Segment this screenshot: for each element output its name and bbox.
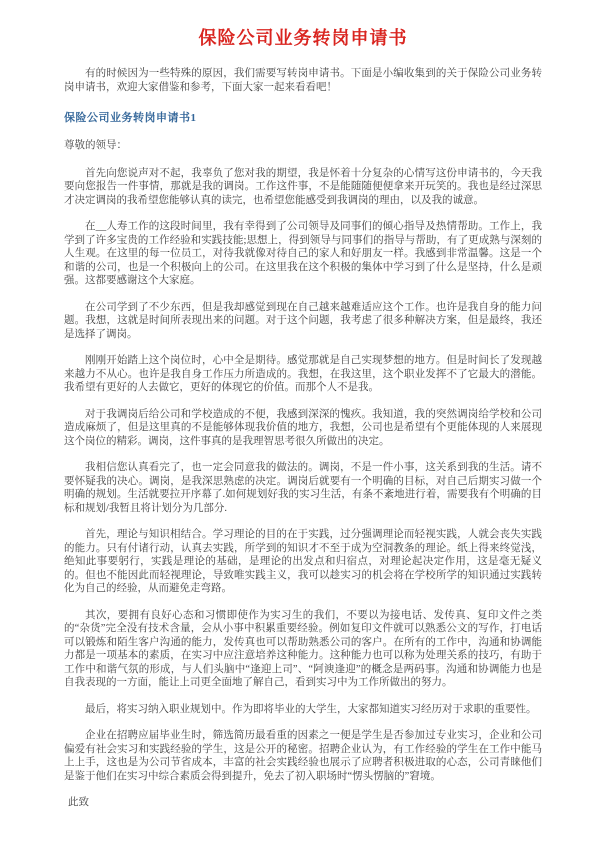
paragraph: 企业在招聘应届毕业生时，筛选简历最看重的因素之一便是学生是否参加过专业实习，企业… <box>64 729 542 783</box>
closing: 此致 <box>64 796 542 810</box>
paragraph: 在__人寿工作的这段时间里，我有幸得到了公司领导及同事们的倾心指导及热情帮助。工… <box>64 220 542 288</box>
body-paragraphs: 首先向您说声对不起，我辜负了您对我的期望，我是怀着十分复杂的心情写这份申请书的，… <box>64 167 542 784</box>
paragraph: 首先，理论与知识相结合。学习理论的目的在于实践，过分强调理论而轻视实践，人就会丧… <box>64 528 542 596</box>
intro-paragraph: 有的时候因为一些特殊的原因，我们需要写转岗申请书。下面是小编收集到的关于保险公司… <box>64 67 542 94</box>
paragraph: 刚刚开始踏上这个岗位时，心中全是期待。感觉那就是自己实现梦想的地方。但是时间长了… <box>64 354 542 395</box>
document: 保险公司业务转岗申请书 有的时候因为一些特殊的原因，我们需要写转岗申请书。下面是… <box>0 0 600 840</box>
page-title: 保险公司业务转岗申请书 <box>64 24 542 50</box>
paragraph: 其次，要拥有良好心态和习惯即使作为实习生的我们，不要以为接电话、发传真、复印文件… <box>64 609 542 690</box>
paragraph: 我相信您认真看完了，也一定会同意我的做法的。调岗，不是一件小事，这关系到我的生活… <box>64 461 542 515</box>
paragraph: 首先向您说声对不起，我辜负了您对我的期望，我是怀着十分复杂的心情写这份申请书的，… <box>64 167 542 208</box>
section-heading: 保险公司业务转岗申请书1 <box>64 109 542 125</box>
paragraph: 在公司学到了不少东西，但是我却感觉到现在自己越来越难适应这个工作。也许是我自身的… <box>64 301 542 342</box>
salutation: 尊敬的领导： <box>64 139 542 153</box>
paragraph: 对于我调岗后给公司和学校造成的不便，我感到深深的愧疚。我知道，我的突然调岗给学校… <box>64 408 542 449</box>
paragraph: 最后，将实习纳入职业规划中。作为即将毕业的大学生，大家都知道实习经历对于求职的重… <box>64 703 542 717</box>
